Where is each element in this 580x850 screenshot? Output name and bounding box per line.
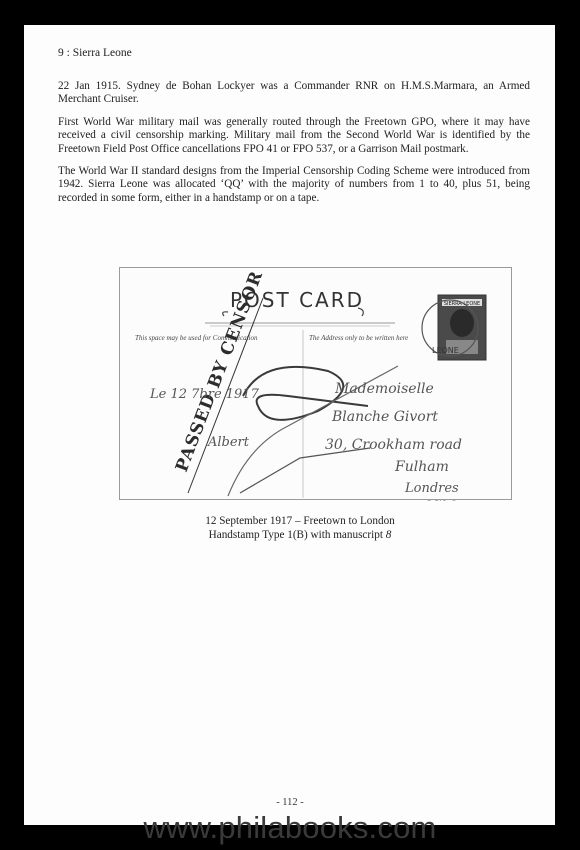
paragraph-ww2-censorship: The World War II standard designs from t…	[58, 165, 530, 205]
manuscript-date: Le 12 7bre 1917	[149, 387, 260, 402]
address-line-2: Blanche Givort	[331, 409, 438, 425]
address-line-5: Londres	[404, 481, 459, 496]
running-head: 9 : Sierra Leone	[58, 47, 132, 59]
postcard-image: POST CARD This space may be used for Com…	[119, 267, 512, 500]
address-line-1: Mademoiselle	[334, 381, 434, 397]
right-instruction: The Address only to be written here	[309, 334, 408, 342]
paragraph-ww1-mail: First World War military mail was genera…	[58, 116, 530, 156]
svg-text:LEONE: LEONE	[432, 346, 459, 355]
caption-line-2: Handstamp Type 1(B) with manuscript 8	[150, 529, 450, 541]
address-line-3: 30, Crookham road	[325, 437, 462, 453]
signature: Albert	[207, 435, 250, 450]
paragraph-lockyer: 22 Jan 1915. Sydney de Bohan Lockyer was…	[58, 80, 530, 107]
svg-text:SIERRA LEONE: SIERRA LEONE	[444, 301, 480, 307]
page-number: - 112 -	[0, 797, 580, 808]
watermark-url: www.philabooks.com	[0, 810, 580, 846]
address-line-6: S.W. 6.	[425, 500, 459, 501]
address-line-4: Fulham	[394, 459, 449, 475]
caption-manuscript-number: 8	[386, 529, 392, 541]
caption-line-1: 12 September 1917 – Freetown to London	[150, 515, 450, 527]
